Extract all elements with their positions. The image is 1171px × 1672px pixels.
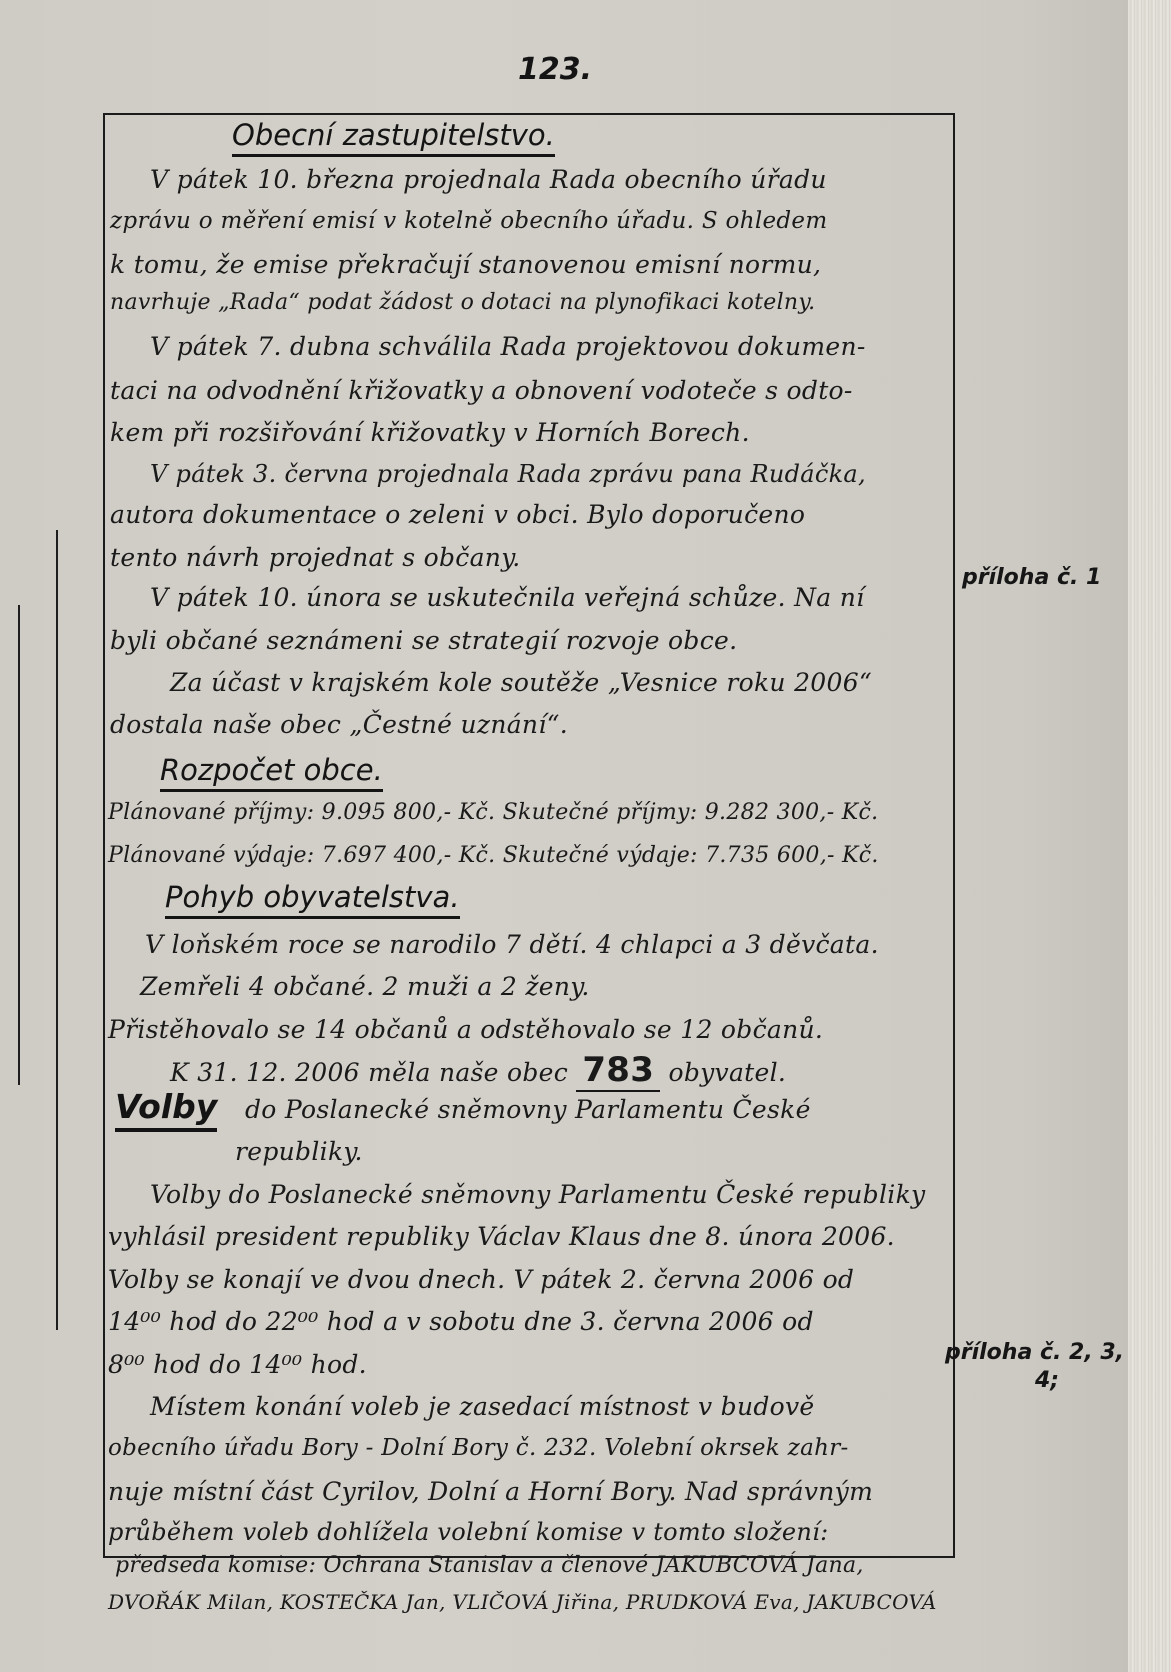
elections-line: nuje místní část Cyrilov, Dolní a Horní … <box>108 1477 873 1506</box>
attachment-note-2: příloha č. 2, 3, <box>945 1340 1124 1365</box>
council-line: autora dokumentace o zeleni v obci. Bylo… <box>110 500 805 529</box>
council-line: V pátek 7. dubna schválila Rada projekto… <box>150 332 866 361</box>
population-line: Zemřeli 4 občané. 2 muži a 2 ženy. <box>140 972 590 1001</box>
attachment-note-2b: 4; <box>1035 1368 1059 1393</box>
population-line: Přistěhovalo se 14 občanů a odstěhovalo … <box>108 1015 823 1044</box>
elections-line: předseda komise: Ochrana Stanislav a čle… <box>115 1553 864 1578</box>
population-total-suffix: obyvatel. <box>668 1058 786 1087</box>
chronicle-page: 123. Obecní zastupitelstvo. V pátek 10. … <box>0 0 1128 1672</box>
population-total-line: K 31. 12. 2006 měla naše obec 783 obyvat… <box>170 1050 786 1090</box>
heading-budget: Rozpočet obce. <box>160 753 383 792</box>
council-line: dostala naše obec „Čestné uznání“. <box>110 710 568 739</box>
council-line: navrhuje „Rada“ podat žádost o dotaci na… <box>110 290 815 315</box>
elections-heading-rest2: republiky. <box>235 1137 363 1166</box>
council-line: byli občané seznámeni se strategií rozvo… <box>110 626 737 655</box>
elections-line: obecního úřadu Bory - Dolní Bory č. 232.… <box>108 1435 849 1461</box>
elections-line: DVOŘÁK Milan, KOSTEČKA Jan, VLIČOVÁ Jiři… <box>108 1590 937 1614</box>
elections-line: Volby se konají ve dvou dnech. V pátek 2… <box>108 1265 854 1294</box>
heading-elections: Volby <box>115 1045 217 1132</box>
council-line: zprávu o měření emisí v kotelně obecního… <box>110 208 827 234</box>
elections-line: průběhem voleb dohlížela volební komise … <box>108 1518 829 1546</box>
elections-line: vyhlásil president republiky Václav Klau… <box>108 1222 895 1251</box>
elections-line: 8⁰⁰ hod do 14⁰⁰ hod. <box>108 1350 367 1379</box>
council-line: V pátek 3. června projednala Rada zprávu… <box>150 460 866 488</box>
council-line: Za účast v krajském kole soutěže „Vesnic… <box>170 668 872 697</box>
council-line: V pátek 10. března projednala Rada obecn… <box>150 165 827 194</box>
text-frame <box>103 113 955 1558</box>
budget-income-line: Plánované příjmy: 9.095 800,- Kč. Skuteč… <box>108 800 878 825</box>
elections-line: Volby do Poslanecké sněmovny Parlamentu … <box>150 1180 925 1209</box>
population-total-count: 783 <box>576 1050 660 1092</box>
page-stack-edges <box>1128 0 1171 1672</box>
council-line: V pátek 10. února se uskutečnila veřejná… <box>150 583 864 612</box>
population-total-prefix: K 31. 12. 2006 měla naše obec <box>170 1058 568 1087</box>
elections-heading-rest: do Poslanecké sněmovny Parlamentu České <box>245 1095 811 1124</box>
margin-line-inner <box>56 530 58 1330</box>
council-line: taci na odvodnění křižovatky a obnovení … <box>110 376 853 405</box>
elections-line: Místem konání voleb je zasedací místnost… <box>150 1392 815 1421</box>
elections-line: 14⁰⁰ hod do 22⁰⁰ hod a v sobotu dne 3. č… <box>108 1307 814 1336</box>
margin-line-outer <box>18 605 20 1085</box>
heading-population: Pohyb obyvatelstva. <box>165 880 460 919</box>
attachment-note-1: příloha č. 1 <box>962 565 1101 590</box>
council-line: k tomu, že emise překračují stanovenou e… <box>110 250 821 279</box>
population-line: V loňském roce se narodilo 7 dětí. 4 chl… <box>145 930 879 959</box>
heading-council: Obecní zastupitelstvo. <box>232 118 555 157</box>
council-line: tento návrh projednat s občany. <box>110 543 521 572</box>
budget-expenses-line: Plánované výdaje: 7.697 400,- Kč. Skuteč… <box>108 843 879 868</box>
council-line: kem při rozšiřování křižovatky v Horních… <box>110 418 750 447</box>
page-number: 123. <box>518 52 592 87</box>
